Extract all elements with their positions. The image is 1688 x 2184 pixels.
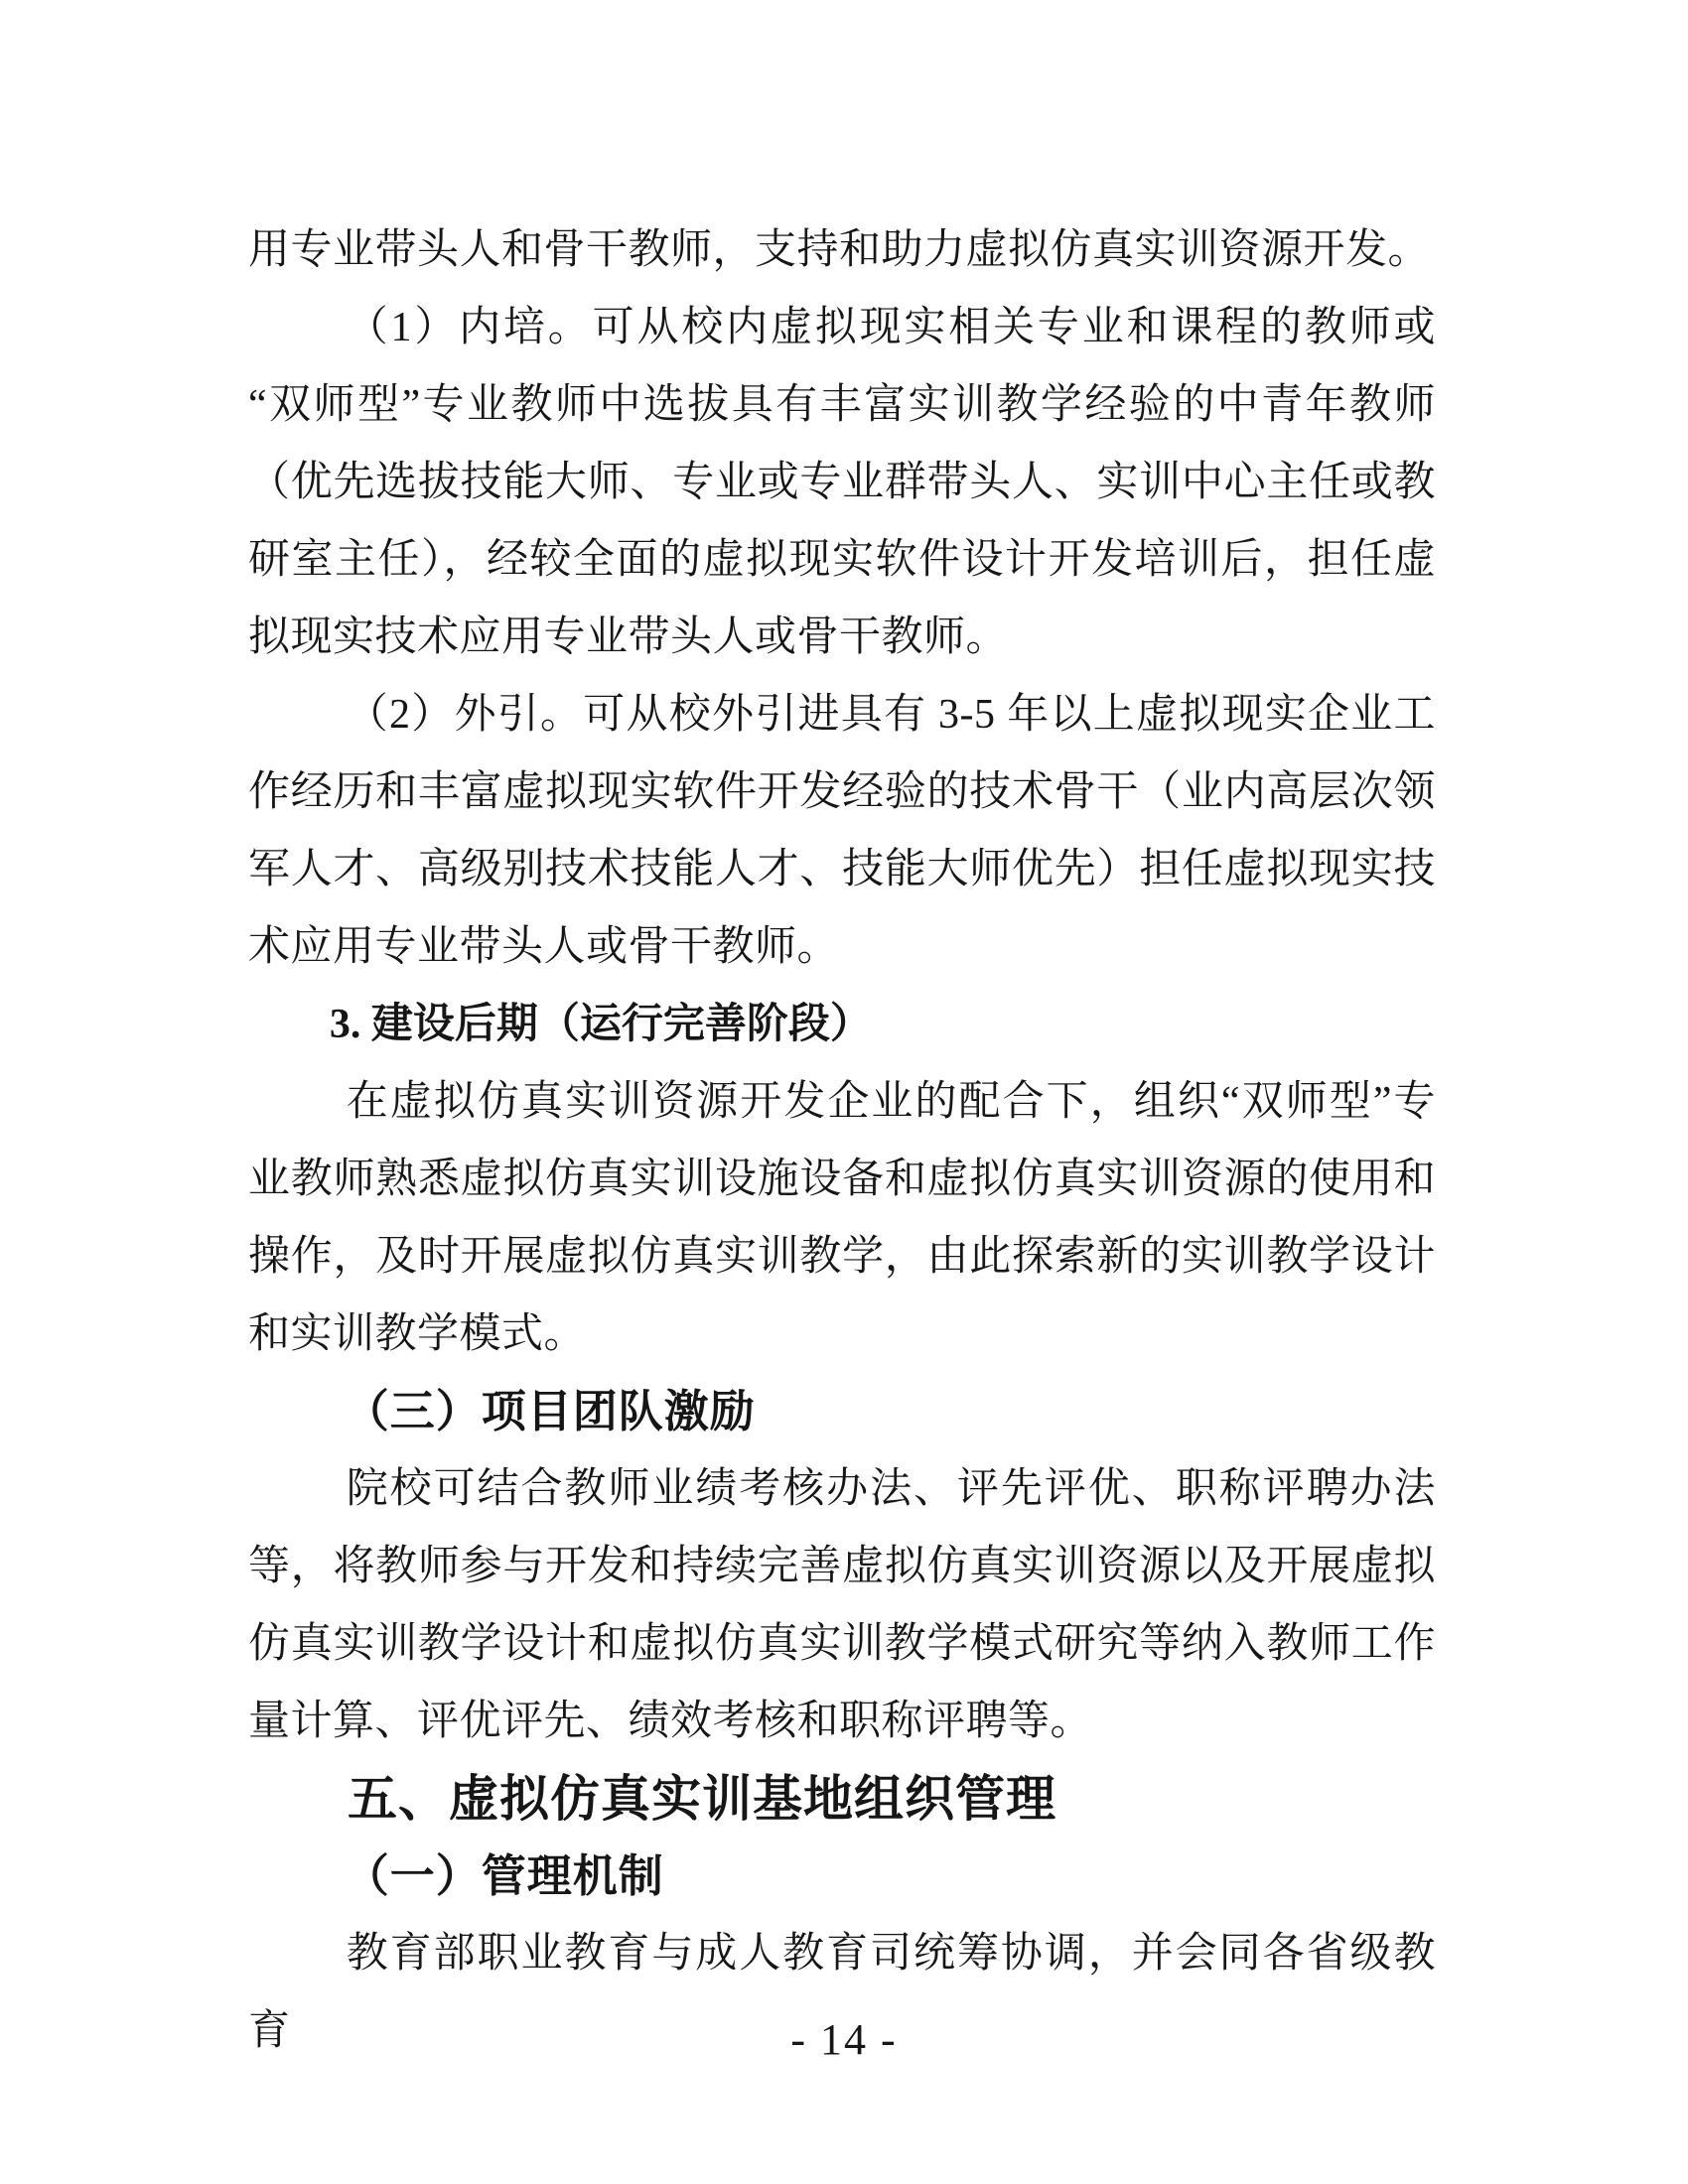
- paragraph-external-recruitment: （2）外引。可从校外引进具有 3-5 年以上虚拟现实企业工作经历和丰富虚拟现实软…: [248, 676, 1436, 986]
- page-number: - 14 -: [0, 2010, 1688, 2070]
- paragraph-internal-training: （1）内培。可从校内虚拟现实相关专业和课程的教师或“双师型”专业教师中选拔具有丰…: [248, 289, 1436, 676]
- paragraph-operation-exploration: 在虚拟仿真实训资源开发企业的配合下，组织“双师型”专业教师熟悉虚拟仿真实训设施设…: [248, 1063, 1436, 1373]
- paragraph-teacher-incentive: 院校可结合教师业绩考核办法、评先评优、职称评聘办法等，将教师参与开发和持续完善虚…: [248, 1450, 1436, 1760]
- paragraph-resource-dev-continuation: 用专业带头人和骨干教师，支持和助力虚拟仿真实训资源开发。: [248, 211, 1436, 289]
- document-page: 用专业带头人和骨干教师，支持和助力虚拟仿真实训资源开发。 （1）内培。可从校内虚…: [0, 0, 1688, 2184]
- heading-chapter-five-organization-management: 五、虚拟仿真实训基地组织管理: [248, 1760, 1436, 1838]
- heading-project-team-incentive: （三）项目团队激励: [248, 1373, 1436, 1450]
- heading-management-mechanism: （一）管理机制: [248, 1838, 1436, 1915]
- subheading-construction-late-stage: 3. 建设后期（运行完善阶段）: [248, 986, 1436, 1063]
